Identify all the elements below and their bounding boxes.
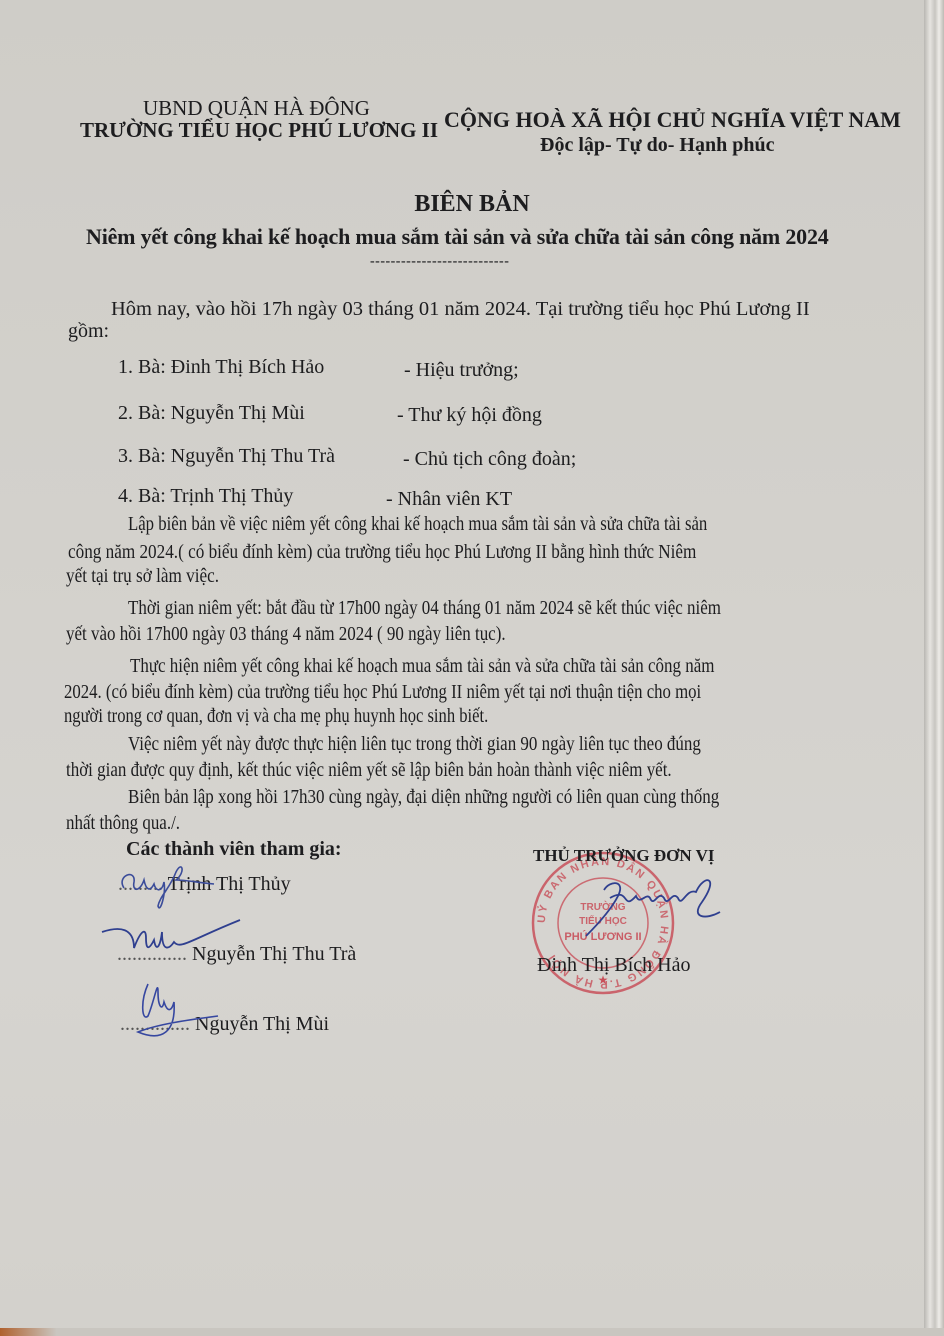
member-name: Nguyễn Thị Mùi — [171, 402, 305, 424]
intro-line: gồm: — [68, 320, 109, 343]
paragraph-line: yết vào hồi 17h00 ngày 03 tháng 4 năm 20… — [66, 624, 506, 646]
paragraph-line: 2024. (có biểu đính kèm) của trường tiểu… — [64, 682, 701, 704]
member-index: 2. — [118, 402, 133, 424]
paragraph-line: người trong cơ quan, đơn vị và cha mẹ ph… — [64, 706, 488, 728]
member-index: 3. — [118, 445, 133, 467]
intro-line: Hôm nay, vào hồi 17h ngày 03 tháng 01 nă… — [111, 298, 810, 321]
paragraph-line: thời gian được quy định, kết thúc việc n… — [66, 760, 672, 782]
member-row: 4. Bà: Trịnh Thị Thủy — [118, 485, 293, 508]
paragraph-line: yết tại trụ sở làm việc. — [66, 566, 219, 588]
member-name: Đinh Thị Bích Hảo — [171, 356, 325, 378]
paragraph-line: Lập biên bản về việc niêm yết công khai … — [128, 514, 707, 536]
paragraph-line: Thời gian niêm yết: bắt đầu từ 17h00 ngà… — [128, 598, 721, 620]
paragraph-line: Việc niêm yết này được thực hiện liên tụ… — [128, 734, 701, 756]
member-row: 3. Bà: Nguyễn Thị Thu Trà — [118, 445, 335, 468]
signature-scribble — [118, 972, 228, 1038]
signature-scribble — [100, 918, 250, 968]
school-name: TRƯỜNG TIỂU HỌC PHÚ LƯƠNG II — [80, 118, 438, 143]
signature-scribble — [116, 858, 216, 918]
member-row: 2. Bà: Nguyễn Thị Mùi — [118, 402, 305, 425]
chief-name: Đinh Thị Bích Hảo — [537, 954, 691, 977]
paragraph-line: Thực hiện niêm yết công khai kế hoạch mu… — [130, 656, 714, 678]
member-role: - Hiệu trưởng; — [404, 359, 519, 382]
member-index: 1. — [118, 356, 133, 378]
table-surface — [0, 1328, 944, 1336]
title-divider: --------------------------- — [370, 254, 509, 270]
document-subtitle: Niêm yết công khai kế hoạch mua sắm tài … — [86, 224, 829, 250]
national-title: CỘNG HOÀ XÃ HỘI CHỦ NGHĨA VIỆT NAM — [444, 107, 901, 133]
member-title: Bà: — [138, 485, 166, 507]
member-name: Trịnh Thị Thủy — [170, 485, 293, 507]
paragraph-line: nhất thông qua./. — [66, 813, 180, 835]
member-title: Bà: — [138, 445, 166, 467]
member-role: - Chủ tịch công đoàn; — [403, 448, 576, 471]
chief-signature-scribble — [570, 862, 730, 942]
member-role: - Nhân viên KT — [386, 488, 512, 511]
member-index: 4. — [118, 485, 133, 507]
paragraph-line: Biên bản lập xong hồi 17h30 cùng ngày, đ… — [128, 787, 719, 809]
national-motto: Độc lập- Tự do- Hạnh phúc — [540, 134, 774, 157]
member-row: 1. Bà: Đinh Thị Bích Hảo — [118, 356, 324, 379]
paragraph-line: công năm 2024.( có biểu đính kèm) của tr… — [68, 542, 696, 564]
member-title: Bà: — [138, 402, 166, 424]
document-title: BIÊN BẢN — [0, 191, 944, 218]
member-name: Nguyễn Thị Thu Trà — [171, 445, 335, 467]
member-role: - Thư ký hội đồng — [397, 404, 542, 427]
member-title: Bà: — [138, 356, 166, 378]
